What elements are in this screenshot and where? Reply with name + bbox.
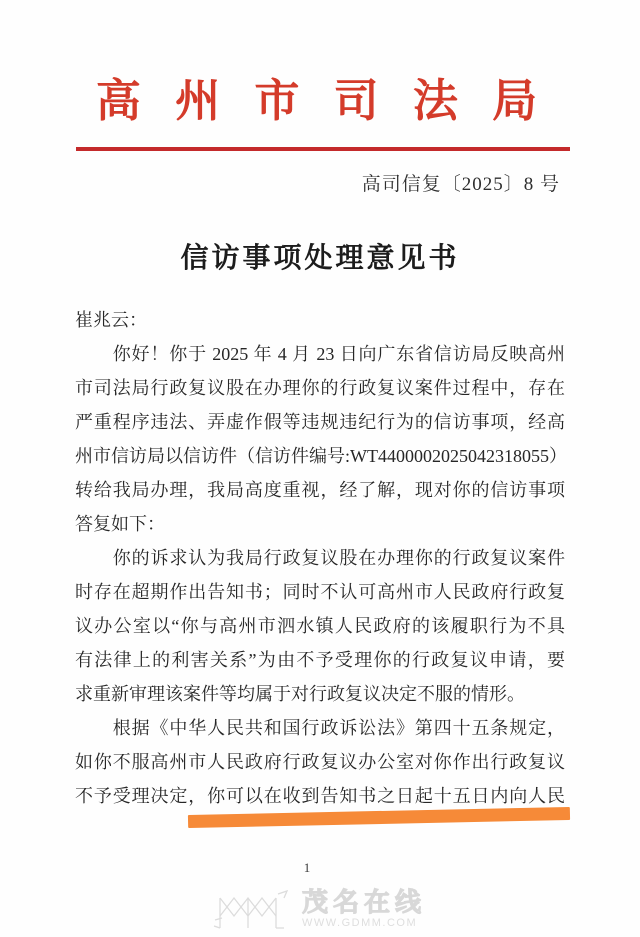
watermark-logo-icon <box>212 886 292 934</box>
body-line: 市司法局行政复议股在办理你的行政复议案件过程中，存在 <box>75 371 565 405</box>
body-line: 求重新审理该案件等均属于对行政复议决定不服的情形。 <box>75 677 565 711</box>
body-line: 你好！你于 2025 年 4 月 23 日向广东省信访局反映高州 <box>75 337 565 371</box>
document-number: 高司信复〔2025〕8 号 <box>362 169 560 196</box>
body-line: 议办公室以“你与高州市泗水镇人民政府的该履职行为不具 <box>75 609 565 643</box>
body-lines: 你好！你于 2025 年 4 月 23 日向广东省信访局反映高州市司法局行政复议… <box>75 337 565 813</box>
body-line: 时存在超期作出告知书；同时不认可高州市人民政府行政复 <box>75 575 565 609</box>
body-line: 有法律上的利害关系”为由不予受理你的行政复议申请，要 <box>75 643 565 677</box>
watermark: 茂名在线 WWW.GDMM.COM <box>212 886 426 934</box>
header-divider-line <box>76 147 570 151</box>
document-page: 高 州 市 司 法 局 高司信复〔2025〕8 号 信访事项处理意见书 崔兆云：… <box>0 0 640 937</box>
body-line: 根据《中华人民共和国行政诉讼法》第四十五条规定， <box>75 711 565 745</box>
watermark-site-name: 茂名在线 <box>302 890 426 916</box>
body-line: 答复如下： <box>75 507 565 541</box>
agency-header-title: 高 州 市 司 法 局 <box>0 64 640 129</box>
watermark-site-url: WWW.GDMM.COM <box>302 916 426 930</box>
body-line: 转给我局办理，我局高度重视，经了解，现对你的信访事项 <box>75 473 565 507</box>
body-line: 严重程序违法、弄虚作假等违规违纪行为的信访事项，经高 <box>75 405 565 439</box>
body-line: 你的诉求认为我局行政复议股在办理你的行政复议案件 <box>75 541 565 575</box>
document-body: 崔兆云： 你好！你于 2025 年 4 月 23 日向广东省信访局反映高州市司法… <box>75 303 565 813</box>
body-line: 如你不服高州市人民政府行政复议办公室对你作出行政复议 <box>75 745 565 779</box>
page-number: 1 <box>0 860 614 876</box>
watermark-text: 茂名在线 WWW.GDMM.COM <box>302 890 426 930</box>
body-line: 州市信访局以信访件（信访件编号:WT4400002025042318055） <box>75 439 565 473</box>
document-title: 信访事项处理意见书 <box>0 236 640 276</box>
salutation: 崔兆云： <box>75 303 565 337</box>
